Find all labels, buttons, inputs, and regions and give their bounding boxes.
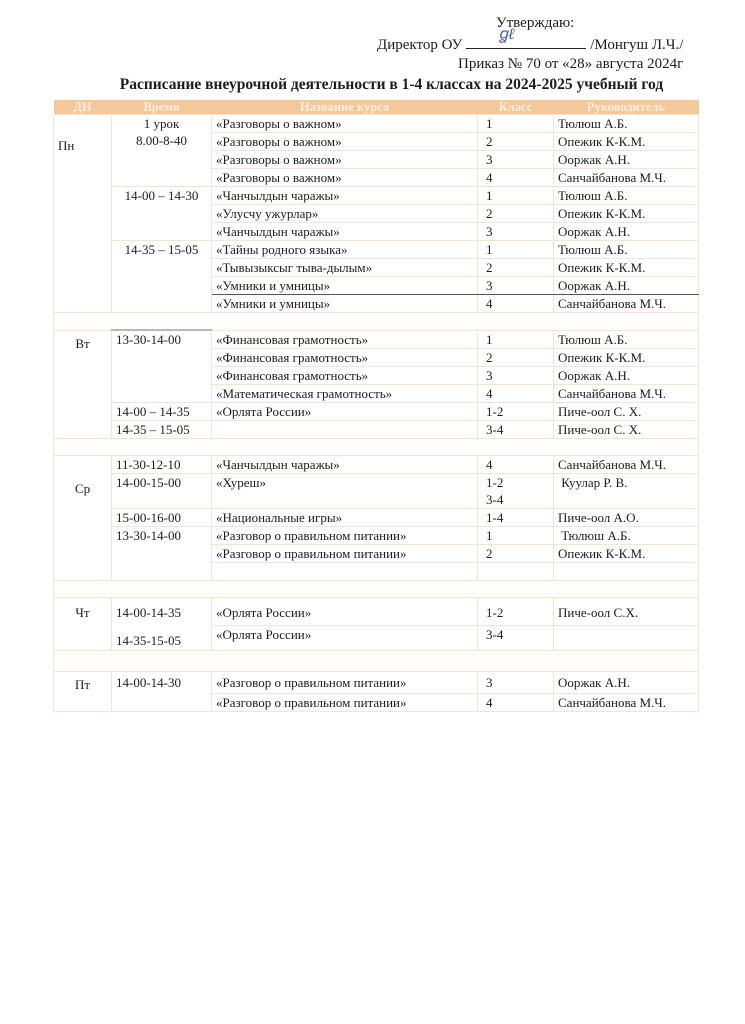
time-cell: 15-00-16-00 bbox=[112, 508, 212, 526]
grade-cell: 1-4 bbox=[478, 508, 554, 526]
leader-cell: Опежик К-К.М. bbox=[554, 133, 699, 151]
spacer-row bbox=[54, 438, 699, 455]
time-cell: 14-35 – 15-05 bbox=[112, 241, 212, 313]
leader-cell: Пиче-оол А.О. bbox=[554, 508, 699, 526]
time-cell: 13-30-14-00 bbox=[112, 330, 212, 402]
grade-line: 3-4 bbox=[486, 491, 549, 508]
header-day: ДН bbox=[54, 100, 112, 115]
course-cell: «Разговор о правильном питании» bbox=[212, 671, 478, 693]
order-line: Приказ № 70 от «28» августа 2024г bbox=[458, 55, 683, 73]
spacer bbox=[54, 313, 699, 331]
day-wed: Ср bbox=[54, 455, 112, 580]
spacer bbox=[54, 438, 699, 455]
leader-cell: Санчайбанова М.Ч. bbox=[554, 455, 699, 473]
course-cell: «Финансовая грамотность» bbox=[212, 330, 478, 348]
leader-cell: Опежик К-К.М. bbox=[554, 348, 699, 366]
empty-cell bbox=[212, 562, 478, 580]
leader-cell: Тюлюш А.Б. bbox=[554, 241, 699, 259]
table-row: 14-35 – 15-05 3-4 Пиче-оол С. Х. bbox=[54, 420, 699, 438]
course-cell: «Разговоры о важном» bbox=[212, 151, 478, 169]
table-row: Пн 1 урок8.00-8-40 «Разговоры о важном» … bbox=[54, 115, 699, 133]
time-cell: 14-00 – 14-30 bbox=[112, 187, 212, 241]
course-cell: «Умники и умницы» bbox=[212, 295, 478, 313]
grade-cell: 3 bbox=[478, 277, 554, 295]
time-cell: 14-00-15-00 bbox=[112, 473, 212, 508]
director-label: Директор ОУ bbox=[377, 37, 462, 53]
leader-cell: Ооржак А.Н. bbox=[554, 151, 699, 169]
grade-cell: 3-4 bbox=[478, 420, 554, 438]
grade-cell: 1-2 bbox=[478, 402, 554, 420]
leader-cell: Ооржак А.Н. bbox=[554, 671, 699, 693]
table-row: 14-00-15-00 «Хуреш» 1-23-4 Куулар Р. В. bbox=[54, 473, 699, 508]
grade-cell: 2 bbox=[478, 133, 554, 151]
spacer bbox=[54, 580, 699, 597]
grade-cell: 1 bbox=[478, 330, 554, 348]
grade-cell: 3 bbox=[478, 223, 554, 241]
table-header: ДН Время Название курса Класс Руководите… bbox=[54, 100, 699, 115]
course-cell: «Разговоры о важном» bbox=[212, 133, 478, 151]
table-row: Пт 14-00-14-30 «Разговор о правильном пи… bbox=[54, 671, 699, 693]
grade-cell: 2 bbox=[478, 544, 554, 562]
time-cell: 14-35 – 15-05 bbox=[112, 420, 212, 438]
course-cell: «Чанчылдын чаражы» bbox=[212, 187, 478, 205]
grade-cell: 1 bbox=[478, 187, 554, 205]
time-range: 14-00-14-35 bbox=[116, 604, 207, 632]
table-row: 14-00 – 14-35 «Орлята России» 1-2 Пиче-о… bbox=[54, 402, 699, 420]
spacer-row bbox=[54, 650, 699, 671]
grade-cell: 3 bbox=[478, 366, 554, 384]
schedule-table: ДН Время Название курса Класс Руководите… bbox=[53, 100, 699, 712]
leader-cell: Опежик К-К.М. bbox=[554, 544, 699, 562]
spacer-row bbox=[54, 313, 699, 331]
course-cell: «Национальные игры» bbox=[212, 508, 478, 526]
leader-cell: Ооржак А.Н. bbox=[554, 223, 699, 241]
leader-cell: Пиче-оол С.Х. bbox=[554, 597, 699, 625]
leader-cell: Санчайбанова М.Ч. bbox=[554, 693, 699, 711]
course-cell: «Орлята России» bbox=[212, 597, 478, 625]
time-cell: 13-30-14-00 bbox=[112, 526, 212, 580]
spacer-row bbox=[54, 580, 699, 597]
leader-cell: Куулар Р. В. bbox=[554, 473, 699, 508]
leader-cell: Пиче-оол С. Х. bbox=[554, 420, 699, 438]
course-cell: «Чанчылдын чаражы» bbox=[212, 455, 478, 473]
course-cell: «Тайны родного языка» bbox=[212, 241, 478, 259]
time-cell: 14-00 – 14-35 bbox=[112, 402, 212, 420]
signature-icon: ꬶℓ bbox=[498, 26, 514, 44]
table-row: Ср 11-30-12-10 «Чанчылдын чаражы» 4 Санч… bbox=[54, 455, 699, 473]
leader-cell: Санчайбанова М.Ч. bbox=[554, 295, 699, 313]
course-cell: «Финансовая грамотность» bbox=[212, 348, 478, 366]
time-cell: 14-00-14-3514-35-15-05 bbox=[112, 597, 212, 650]
grade-cell: 3 bbox=[478, 671, 554, 693]
table-row: Чт 14-00-14-3514-35-15-05 «Орлята России… bbox=[54, 597, 699, 625]
course-cell: «Разговор о правильном питании» bbox=[212, 693, 478, 711]
course-cell: «Математическая грамотность» bbox=[212, 384, 478, 402]
leader-cell: Тюлюш А.Б. bbox=[554, 330, 699, 348]
director-name: /Монгуш Л.Ч./ bbox=[590, 37, 683, 53]
table-row: 15-00-16-00 «Национальные игры» 1-4 Пиче… bbox=[54, 508, 699, 526]
time-lesson: 1 урок bbox=[116, 115, 207, 132]
table-row: 14-35 – 15-05 «Тайны родного языка» 1 Тю… bbox=[54, 241, 699, 259]
header-grade: Класс bbox=[478, 100, 554, 115]
course-cell: «Чанчылдын чаражы» bbox=[212, 223, 478, 241]
course-cell: «Разговоры о важном» bbox=[212, 115, 478, 133]
leader-cell: Ооржак А.Н. bbox=[554, 366, 699, 384]
day-mon: Пн bbox=[54, 115, 112, 313]
empty-cell bbox=[554, 562, 699, 580]
time-range: 14-35-15-05 bbox=[116, 632, 207, 649]
course-cell: «Финансовая грамотность» bbox=[212, 366, 478, 384]
page-title: Расписание внеурочной деятельности в 1-4… bbox=[0, 76, 745, 94]
leader-cell: Санчайбанова М.Ч. bbox=[554, 169, 699, 187]
leader-cell: Пиче-оол С. Х. bbox=[554, 402, 699, 420]
day-fri: Пт bbox=[54, 671, 112, 711]
grade-cell: 1-23-4 bbox=[478, 473, 554, 508]
grade-cell: 4 bbox=[478, 384, 554, 402]
day-tue: Вт bbox=[54, 330, 112, 438]
leader-cell: Опежик К-К.М. bbox=[554, 259, 699, 277]
grade-cell: 2 bbox=[478, 205, 554, 223]
grade-cell: 4 bbox=[478, 169, 554, 187]
grade-cell: 1 bbox=[478, 241, 554, 259]
grade-line: 1-2 bbox=[486, 474, 549, 491]
grade-cell: 1-2 bbox=[478, 597, 554, 625]
header-course: Название курса bbox=[212, 100, 478, 115]
empty-cell bbox=[478, 562, 554, 580]
course-cell: «Разговор о правильном питании» bbox=[212, 526, 478, 544]
time-range: 8.00-8-40 bbox=[116, 132, 207, 149]
grade-cell: 2 bbox=[478, 259, 554, 277]
leader-cell: Санчайбанова М.Ч. bbox=[554, 384, 699, 402]
time-cell: 14-00-14-30 bbox=[112, 671, 212, 711]
leader-cell: Тюлюш А.Б. bbox=[554, 526, 699, 544]
course-cell bbox=[212, 420, 478, 438]
course-cell: «Орлята России» bbox=[212, 402, 478, 420]
table-row: 14-00 – 14-30 «Чанчылдын чаражы» 1 Тюлюш… bbox=[54, 187, 699, 205]
header-leader: Руководитель bbox=[554, 100, 699, 115]
table-row: 13-30-14-00 «Разговор о правильном питан… bbox=[54, 526, 699, 544]
course-cell: «Орлята России» bbox=[212, 625, 478, 650]
spacer bbox=[54, 650, 699, 671]
grade-cell: 3-4 bbox=[478, 625, 554, 650]
grade-cell: 2 bbox=[478, 348, 554, 366]
grade-cell: 4 bbox=[478, 295, 554, 313]
time-cell: 11-30-12-10 bbox=[112, 455, 212, 473]
course-cell: «Улусчу ужурлар» bbox=[212, 205, 478, 223]
leader-cell: Ооржак А.Н. bbox=[554, 277, 699, 295]
table-row: Вт 13-30-14-00 «Финансовая грамотность» … bbox=[54, 330, 699, 348]
course-cell: «Тывызыксыг тыва-дылым» bbox=[212, 259, 478, 277]
leader-cell bbox=[554, 625, 699, 650]
header-time: Время bbox=[112, 100, 212, 115]
grade-cell: 4 bbox=[478, 693, 554, 711]
course-cell: «Разговор о правильном питании» bbox=[212, 544, 478, 562]
leader-cell: Тюлюш А.Б. bbox=[554, 187, 699, 205]
director-line: Директор ОУꬶℓ/Монгуш Л.Ч./ bbox=[377, 34, 683, 54]
grade-cell: 4 bbox=[478, 455, 554, 473]
grade-cell: 1 bbox=[478, 526, 554, 544]
leader-cell: Тюлюш А.Б. bbox=[554, 115, 699, 133]
course-cell: «Умники и умницы» bbox=[212, 277, 478, 295]
time-cell: 1 урок8.00-8-40 bbox=[112, 115, 212, 187]
grade-cell: 1 bbox=[478, 115, 554, 133]
day-thu: Чт bbox=[54, 597, 112, 650]
course-cell: «Хуреш» bbox=[212, 473, 478, 508]
grade-cell: 3 bbox=[478, 151, 554, 169]
course-cell: «Разговоры о важном» bbox=[212, 169, 478, 187]
leader-cell: Опежик К-К.М. bbox=[554, 205, 699, 223]
signature-line: ꬶℓ bbox=[466, 34, 586, 49]
